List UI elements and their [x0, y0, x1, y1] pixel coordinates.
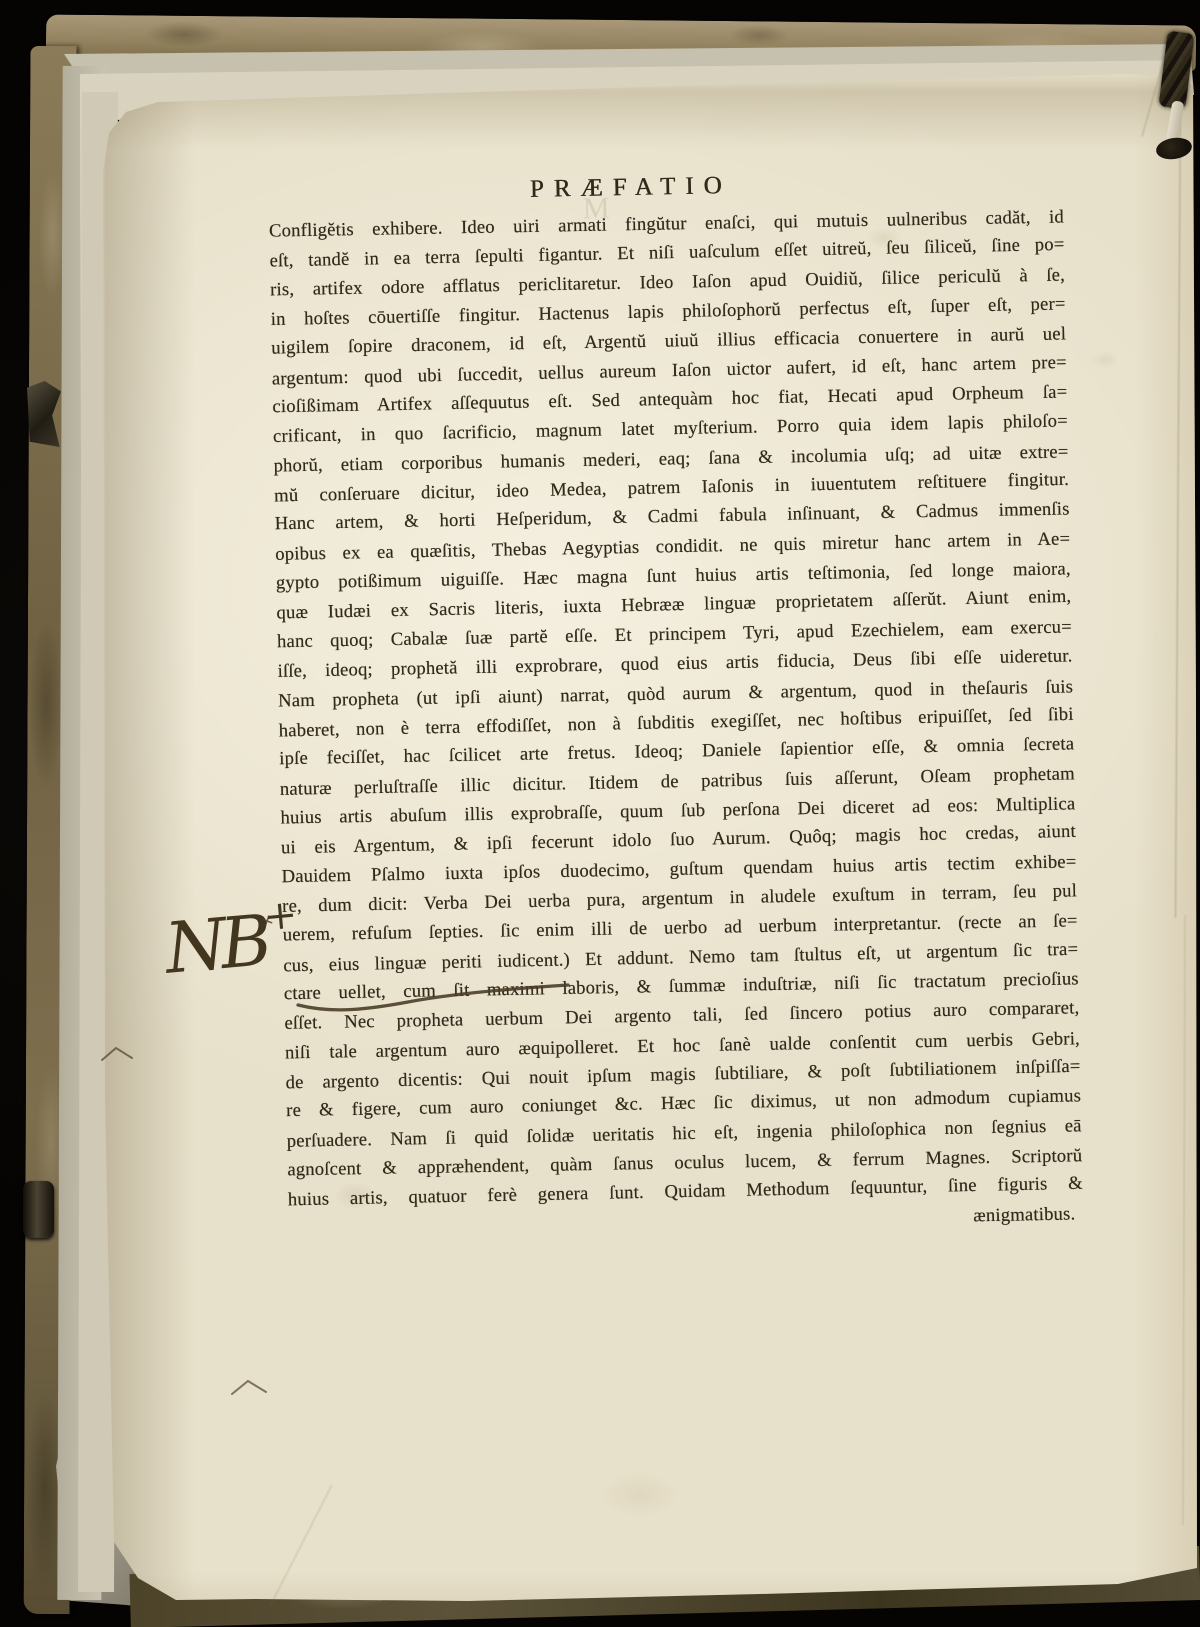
body-text: Confligĕtis exhibere. Ideo uiri armati f…: [269, 201, 1083, 1214]
metal-clasp-lower: [23, 1181, 54, 1238]
text-block: PRÆFATIO Confligĕtis exhibere. Ideo uiri…: [268, 164, 1084, 1244]
marginal-note-letters: NB: [162, 899, 269, 989]
ink-underline: [292, 974, 577, 1018]
caret-pen-mark-below-text: [230, 1376, 270, 1398]
book-photograph: M PRÆFATIO Confligĕtis exhibere. Ideo ui…: [0, 0, 1200, 1627]
caret-pen-mark-left-margin: [100, 1044, 136, 1064]
